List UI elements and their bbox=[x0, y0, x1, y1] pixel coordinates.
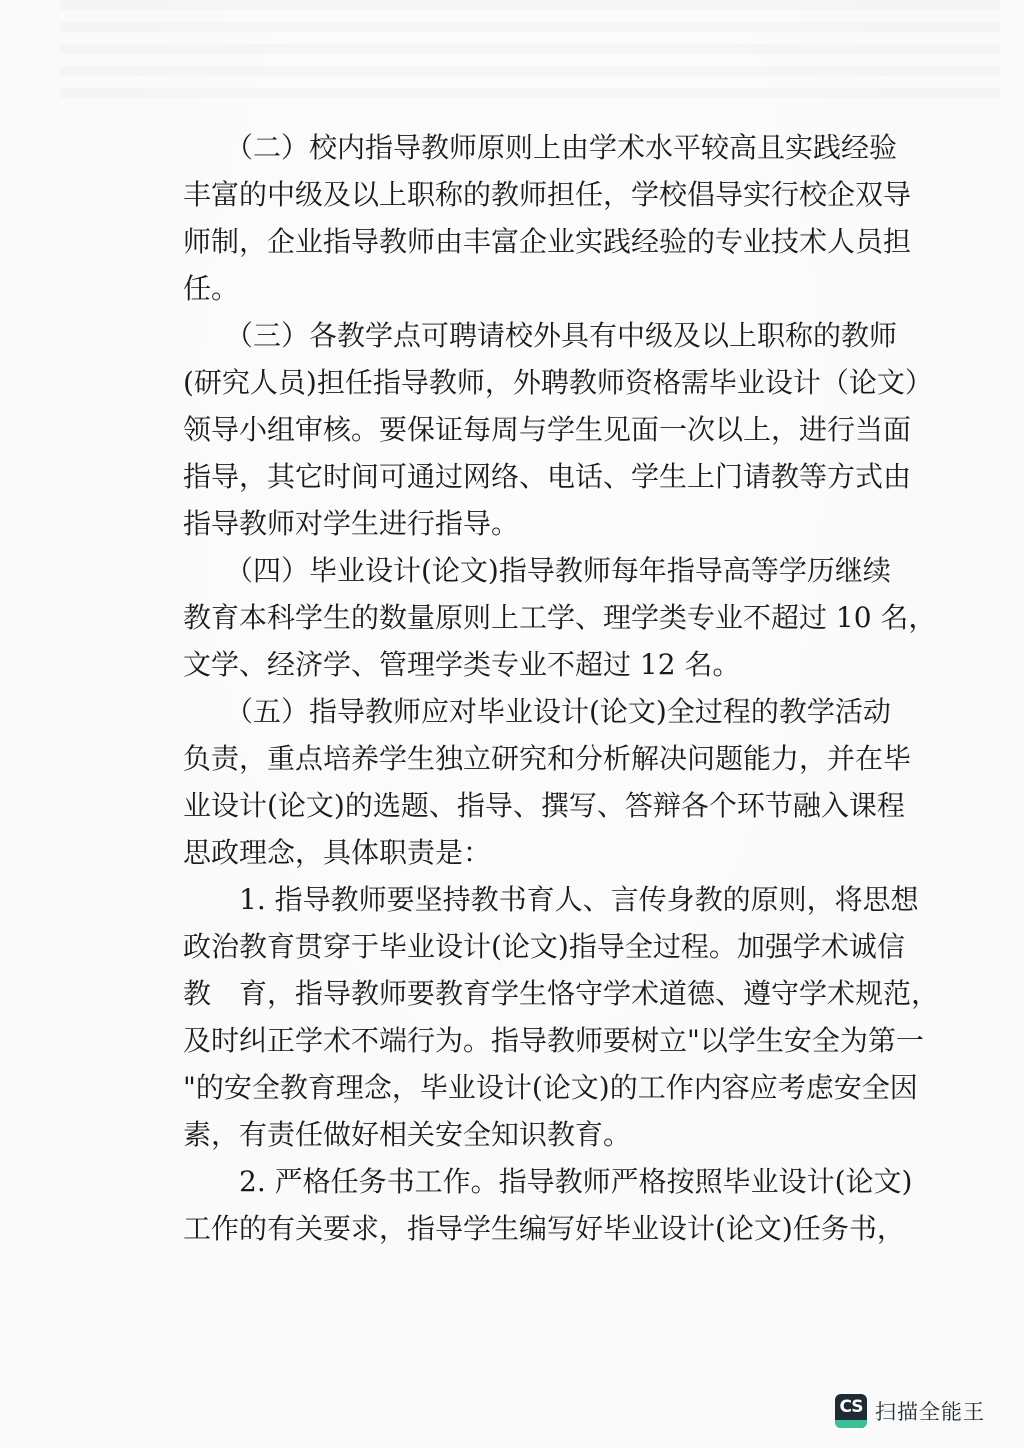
text-line: 领导小组审核。要保证每周与学生见面一次以上，进行当面 bbox=[183, 406, 875, 453]
text-line: 文学、经济学、管理学类专业不超过 12 名。 bbox=[183, 641, 875, 688]
text-line: 教 育，指导教师要教育学生恪守学术道德、遵守学术规范， bbox=[183, 970, 875, 1017]
text-line: (研究人员)担任指导教师，外聘教师资格需毕业设计（论文） bbox=[183, 359, 875, 406]
text-line: （四）毕业设计(论文)指导教师每年指导高等学历继续 bbox=[183, 547, 875, 594]
text-line: 1. 指导教师要坚持教书育人、言传身教的原则，将思想 bbox=[183, 876, 875, 923]
text-line: 思政理念，具体职责是： bbox=[183, 829, 875, 876]
logo-accent-bar bbox=[835, 1420, 867, 1428]
text-line: 指导，其它时间可通过网络、电话、学生上门请教等方式由 bbox=[183, 453, 875, 500]
document-body: （二）校内指导教师原则上由学术水平较高且实践经验 丰富的中级及以上职称的教师担任… bbox=[183, 124, 875, 1252]
paragraph-section-3: （三）各教学点可聘请校外具有中级及以上职称的教师 (研究人员)担任指导教师，外聘… bbox=[183, 312, 875, 547]
paragraph-section-4: （四）毕业设计(论文)指导教师每年指导高等学历继续 教育本科学生的数量原则上工学… bbox=[183, 547, 875, 688]
watermark-label: 扫描全能王 bbox=[875, 1396, 985, 1426]
paragraph-section-5: （五）指导教师应对毕业设计(论文)全过程的教学活动 负责，重点培养学生独立研究和… bbox=[183, 688, 875, 876]
paragraph-item-2: 2. 严格任务书工作。指导教师严格按照毕业设计(论文) 工作的有关要求，指导学生… bbox=[183, 1158, 875, 1252]
paragraph-item-1: 1. 指导教师要坚持教书育人、言传身教的原则，将思想 政治教育贯穿于毕业设计(论… bbox=[183, 876, 875, 1158]
text-line: 丰富的中级及以上职称的教师担任，学校倡导实行校企双导 bbox=[183, 171, 875, 218]
text-line: "的安全教育理念，毕业设计(论文)的工作内容应考虑安全因 bbox=[183, 1064, 875, 1111]
text-line: 师制，企业指导教师由丰富企业实践经验的专业技术人员担 bbox=[183, 218, 875, 265]
text-line: （三）各教学点可聘请校外具有中级及以上职称的教师 bbox=[183, 312, 875, 359]
text-line: 业设计(论文)的选题、指导、撰写、答辩各个环节融入课程 bbox=[183, 782, 875, 829]
text-line: 工作的有关要求，指导学生编写好毕业设计(论文)任务书， bbox=[183, 1205, 875, 1252]
text-line: 任。 bbox=[183, 265, 875, 312]
text-line: 及时纠正学术不端行为。指导教师要树立"以学生安全为第一 bbox=[183, 1017, 875, 1064]
camscanner-logo-icon: CS bbox=[835, 1394, 867, 1428]
bleed-through-artifact bbox=[60, 0, 1000, 110]
text-line: 政治教育贯穿于毕业设计(论文)指导全过程。加强学术诚信 bbox=[183, 923, 875, 970]
text-line: （五）指导教师应对毕业设计(论文)全过程的教学活动 bbox=[183, 688, 875, 735]
paragraph-section-2: （二）校内指导教师原则上由学术水平较高且实践经验 丰富的中级及以上职称的教师担任… bbox=[183, 124, 875, 312]
text-line: （二）校内指导教师原则上由学术水平较高且实践经验 bbox=[183, 124, 875, 171]
text-line: 素，有责任做好相关安全知识教育。 bbox=[183, 1111, 875, 1158]
scanned-page: （二）校内指导教师原则上由学术水平较高且实践经验 丰富的中级及以上职称的教师担任… bbox=[0, 0, 1024, 1448]
text-line: 指导教师对学生进行指导。 bbox=[183, 500, 875, 547]
text-line: 教育本科学生的数量原则上工学、理学类专业不超过 10 名， bbox=[183, 594, 875, 641]
camscanner-watermark: CS 扫描全能王 bbox=[835, 1394, 985, 1428]
logo-text: CS bbox=[839, 1394, 862, 1420]
text-line: 负责，重点培养学生独立研究和分析解决问题能力，并在毕 bbox=[183, 735, 875, 782]
text-line: 2. 严格任务书工作。指导教师严格按照毕业设计(论文) bbox=[183, 1158, 875, 1205]
